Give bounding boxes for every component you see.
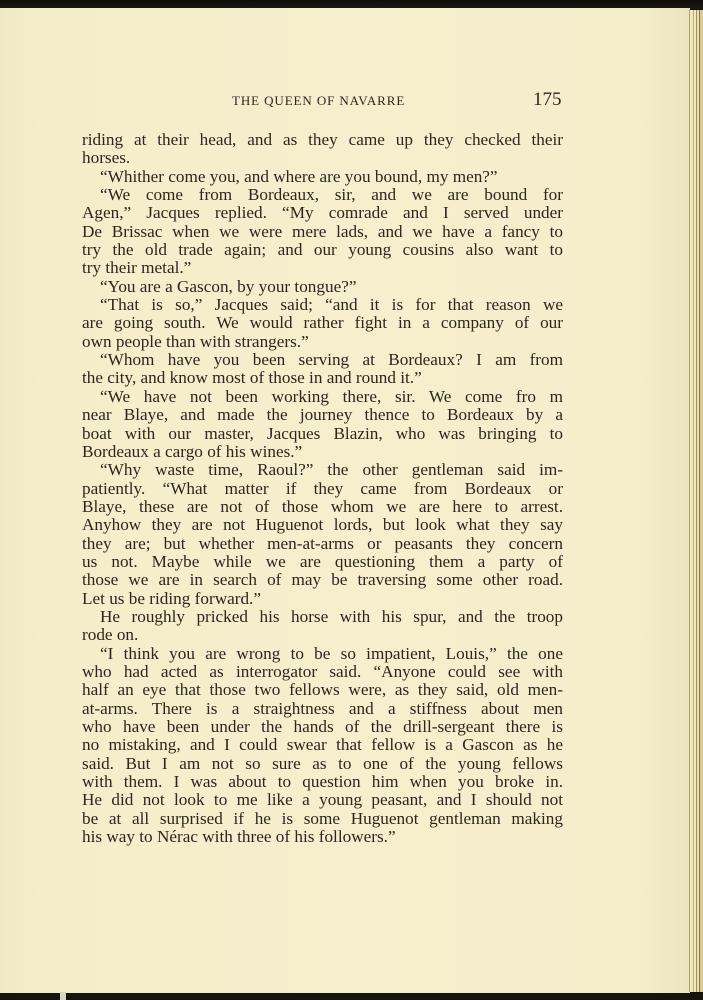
text-line: Agen,” Jacques replied. “My comrade and … <box>82 204 563 222</box>
text-line: Let us be riding forward.” <box>82 590 563 608</box>
text-line: are going south. We would rather fight i… <box>82 314 563 332</box>
text-line: “I think you are wrong to be so impatien… <box>82 645 563 663</box>
text-line: Anyhow they are not Huguenot lords, but … <box>82 516 563 534</box>
page-number: 175 <box>533 89 562 111</box>
text-line: boat with our master, Jacques Blazin, wh… <box>82 425 563 443</box>
text-line: who have been under the hands of the dri… <box>82 718 563 736</box>
text-line: patiently. “What matter if they came fro… <box>82 480 563 498</box>
text-line: no mistaking, and I could swear that fel… <box>82 736 563 754</box>
text-line: “Whom have you been serving at Bordeaux?… <box>82 351 563 369</box>
text-line: at-arms. There is a straightness and a s… <box>82 700 563 718</box>
scanned-book-page: THE QUEEN OF NAVARRE 175 riding at their… <box>0 0 703 1000</box>
text-line: He did not look to me like a young peasa… <box>82 791 563 809</box>
text-line: rode on. <box>82 626 563 644</box>
body-text: riding at their head, and as they came u… <box>82 131 563 846</box>
text-line: He roughly pricked his horse with his sp… <box>82 608 563 626</box>
text-line: “Why waste time, Raoul?” the other gentl… <box>82 461 563 479</box>
scan-artifact <box>60 992 66 1000</box>
text-line: his way to Nérac with three of his follo… <box>82 828 563 846</box>
text-line: horses. <box>82 149 563 167</box>
text-line: Blaye, these are not of those whom we ar… <box>82 498 563 516</box>
page-edge <box>699 10 703 992</box>
running-head-title: THE QUEEN OF NAVARRE <box>232 93 405 109</box>
text-line: near Blaye, and made the journey thence … <box>82 406 563 424</box>
text-line: “You are a Gascon, by your tongue?” <box>82 278 563 296</box>
text-line: own people than with strangers.” <box>82 333 563 351</box>
text-line: “We have not been working there, sir. We… <box>82 388 563 406</box>
text-line: who had acted as interrogator said. “Any… <box>82 663 563 681</box>
text-line: try the old trade again; and our young c… <box>82 241 563 259</box>
scan-bottom-shadow <box>0 993 703 1000</box>
text-line: try their metal.” <box>82 259 563 277</box>
text-line: with them. I was about to question him w… <box>82 773 563 791</box>
text-line: said. But I am not so sure as to one of … <box>82 755 563 773</box>
text-line: “We come from Bordeaux, sir, and we are … <box>82 186 563 204</box>
text-line: those we are in search of may be travers… <box>82 571 563 589</box>
text-line: they are; but whether men-at-arms or pea… <box>82 535 563 553</box>
text-line: Bordeaux a cargo of his wines.” <box>82 443 563 461</box>
text-line: riding at their head, and as they came u… <box>82 131 563 149</box>
text-line: be at all surprised if he is some Huguen… <box>82 810 563 828</box>
text-line: De Brissac when we were mere lads, and w… <box>82 223 563 241</box>
text-line: “Whither come you, and where are you bou… <box>82 168 563 186</box>
running-head: THE QUEEN OF NAVARRE 175 <box>0 91 703 111</box>
text-line: us not. Maybe while we are questioning t… <box>82 553 563 571</box>
text-line: the city, and know most of those in and … <box>82 369 563 387</box>
text-line: “That is so,” Jacques said; “and it is f… <box>82 296 563 314</box>
text-line: half an eye that those two fellows were,… <box>82 681 563 699</box>
